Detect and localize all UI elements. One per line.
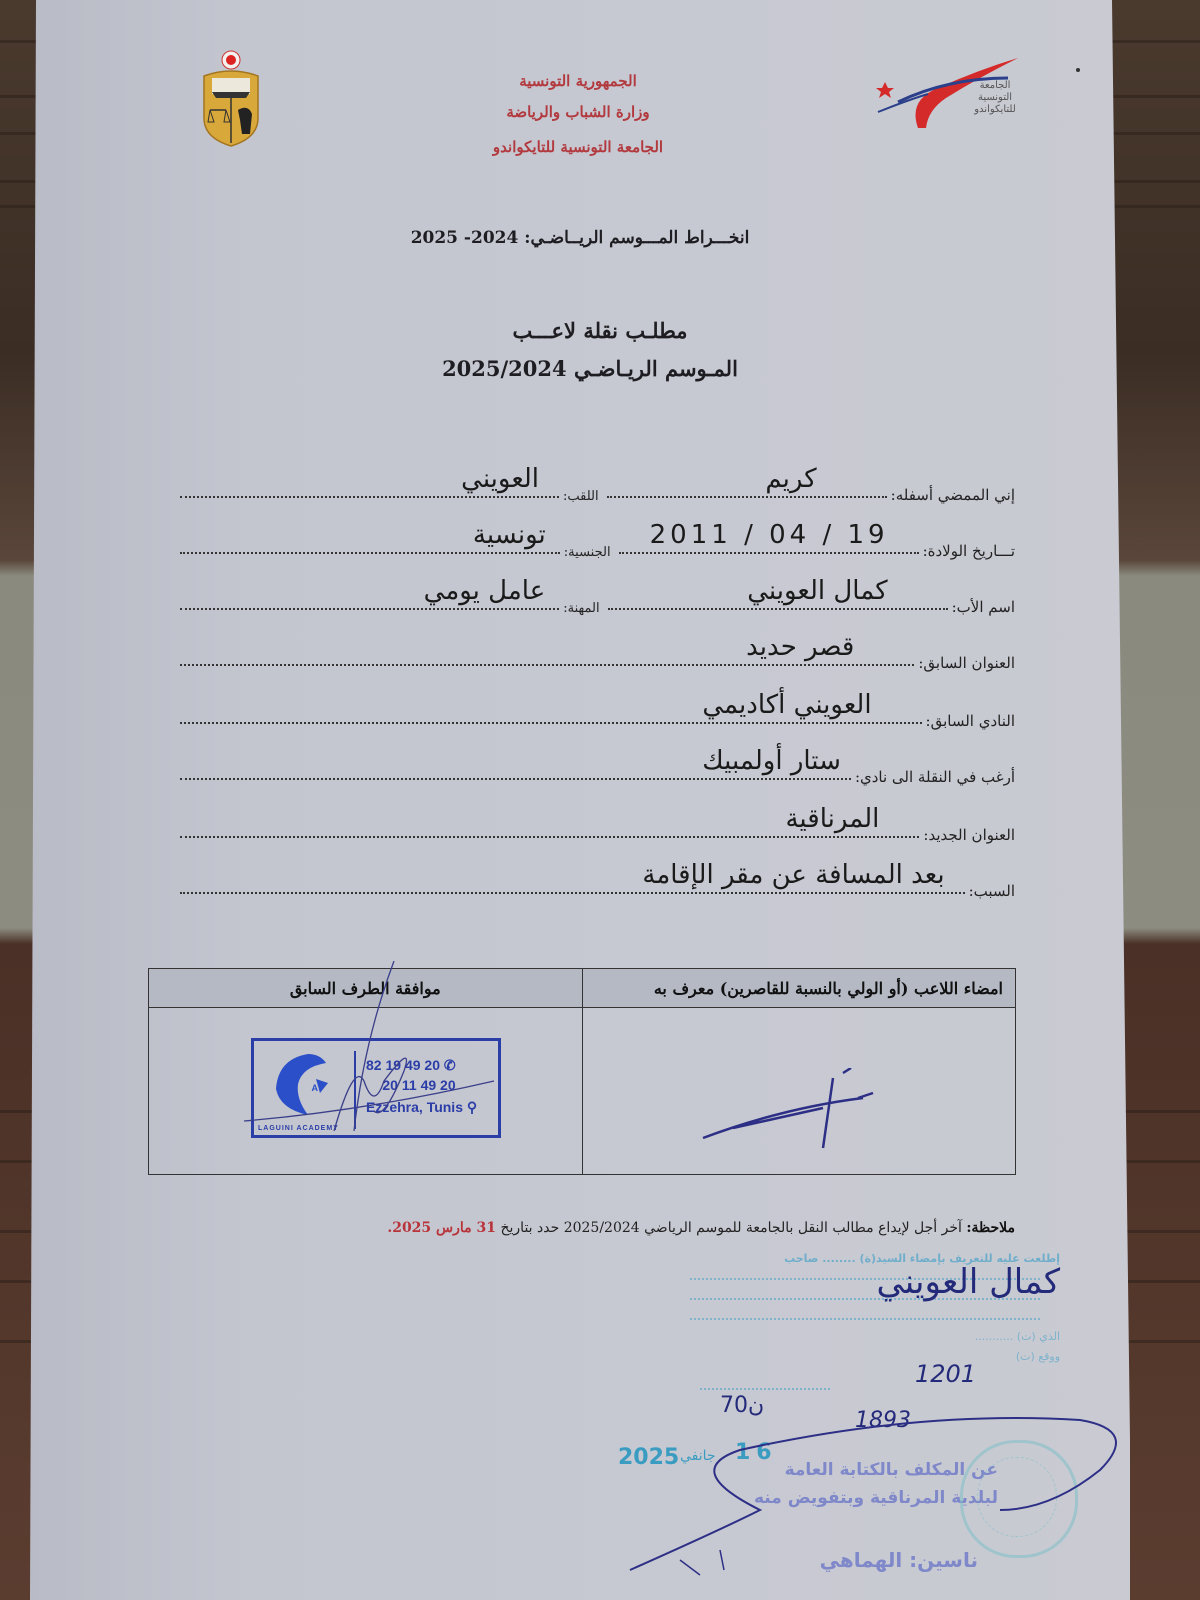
row-new-address: العنوان الجديد: المرناقية (180, 810, 1015, 844)
field-nationality[interactable]: تونسية (180, 551, 560, 554)
header-republic: الجمهورية التونسية (428, 72, 728, 90)
official-signature-icon (620, 1410, 1140, 1580)
row-prev-address: العنوان السابق: قصر حديد (180, 638, 1015, 672)
note-text: آخر أجل لإيداع مطالب النقل بالجامعة للمو… (500, 1220, 961, 1236)
row-prev-club: النادي السابق: العويني أكاديمي (180, 696, 1015, 730)
label-new-club: أرغب في النقلة الى نادي: (851, 768, 1015, 786)
signature-table: امضاء اللاعب (أو الولي بالنسبة للقاصرين)… (148, 968, 1016, 1175)
row-father: اسم الأب: كمال العويني المهنة: عامل يومي (180, 582, 1015, 616)
legalization-stamp-line2: الذي (ت) ........... (860, 1330, 1060, 1343)
logo-text-line1: الجامعة (960, 80, 1030, 92)
row-new-club: أرغب في النقلة الى نادي: ستار أولمبيك (180, 752, 1015, 786)
label-nationality: الجنسية: (560, 545, 619, 560)
field-surname[interactable]: العويني (180, 495, 559, 498)
previous-party-signature-icon (214, 961, 544, 1151)
header-ministry: وزارة الشباب والرياضة (428, 103, 728, 121)
value-profession: عامل يومي (424, 576, 546, 606)
player-signature-icon (693, 1068, 893, 1158)
field-father-name[interactable]: كمال العويني (608, 607, 948, 610)
field-profession[interactable]: عامل يومي (180, 607, 559, 610)
label-new-address: العنوان الجديد: (919, 826, 1015, 844)
header-federation: الجامعة التونسية للتايكواندو (428, 138, 728, 156)
row-name: إني الممضي أسفله: كريم اللقب: العويني (180, 470, 1015, 504)
value-nationality: تونسية (473, 520, 546, 550)
field-reason[interactable]: بعد المسافة عن مقر الإقامة (180, 891, 965, 894)
label-previous-address: العنوان السابق: (914, 654, 1015, 672)
label-reason: السبب: (965, 882, 1015, 900)
value-first-name: كريم (765, 464, 816, 494)
value-new-club: ستار أولمبيك (702, 746, 841, 776)
field-new-address[interactable]: المرناقية (180, 835, 919, 838)
field-birth-date[interactable]: 2011 / 04 / 19 (619, 551, 919, 554)
row-birth: تـــاريخ الولادة: 2011 / 04 / 19 الجنسية… (180, 526, 1015, 560)
value-previous-club: العويني أكاديمي (702, 690, 871, 720)
label-birth-date: تـــاريخ الولادة: (919, 542, 1015, 560)
form-title: مطلـب نقلة لاعـــب (420, 318, 780, 343)
value-birth-date: 2011 / 04 / 19 (650, 520, 889, 550)
value-new-address: المرناقية (785, 804, 879, 834)
tunisia-coat-of-arms-icon (198, 48, 264, 148)
label-father-name: اسم الأب: (948, 598, 1015, 616)
cell-previous-approval[interactable]: A ✆ 20 49 19 82 20 49 11 20 ⚲ Ezzehra, T… (149, 1008, 583, 1175)
label-profession: المهنة: (559, 601, 607, 616)
field-new-club[interactable]: ستار أولمبيك (180, 777, 851, 780)
field-previous-address[interactable]: قصر حديد (180, 663, 914, 666)
season-line: انخـــراط المـــوسم الريــاضـي: 2024- 20… (370, 228, 790, 248)
field-previous-club[interactable]: العويني أكاديمي (180, 721, 922, 724)
legalization-handwritten-name: كمال العويني (740, 1262, 1060, 1302)
federation-logo: الجامعة التونسية للتايكواندو (868, 50, 1038, 130)
note-label: ملاحظة: (966, 1220, 1015, 1236)
academy-stamp: A ✆ 20 49 19 82 20 49 11 20 ⚲ Ezzehra, T… (251, 1038, 501, 1138)
stamp-dotline (690, 1318, 1040, 1320)
legalization-number-1: 1201 (915, 1360, 976, 1388)
value-reason: بعد المسافة عن مقر الإقامة (642, 860, 944, 890)
cell-player-signature[interactable] (582, 1008, 1016, 1175)
value-father-name: كمال العويني (747, 576, 887, 606)
logo-text-line2: التونسية (960, 92, 1030, 104)
speck (1076, 68, 1080, 72)
deadline-note: ملاحظة: آخر أجل لإيداع مطالب النقل بالجا… (280, 1220, 1015, 1236)
form-subtitle: المـوسم الريـاضـي 2025/2024 (400, 356, 780, 381)
stamp-dotline (700, 1388, 830, 1390)
row-reason: السبب: بعد المسافة عن مقر الإقامة (180, 866, 1015, 900)
field-first-name[interactable]: كريم (607, 495, 887, 498)
label-surname: اللقب: (559, 489, 607, 504)
label-signatory: إني الممضي أسفله: (887, 486, 1015, 504)
logo-text-line3: للتايكواندو (960, 104, 1030, 116)
value-surname: العويني (461, 464, 539, 494)
label-previous-club: النادي السابق: (922, 712, 1015, 730)
value-previous-address: قصر حديد (746, 632, 854, 662)
note-deadline: 31 مارس 2025. (387, 1220, 496, 1236)
header-player-signature: امضاء اللاعب (أو الولي بالنسبة للقاصرين)… (582, 969, 1016, 1008)
